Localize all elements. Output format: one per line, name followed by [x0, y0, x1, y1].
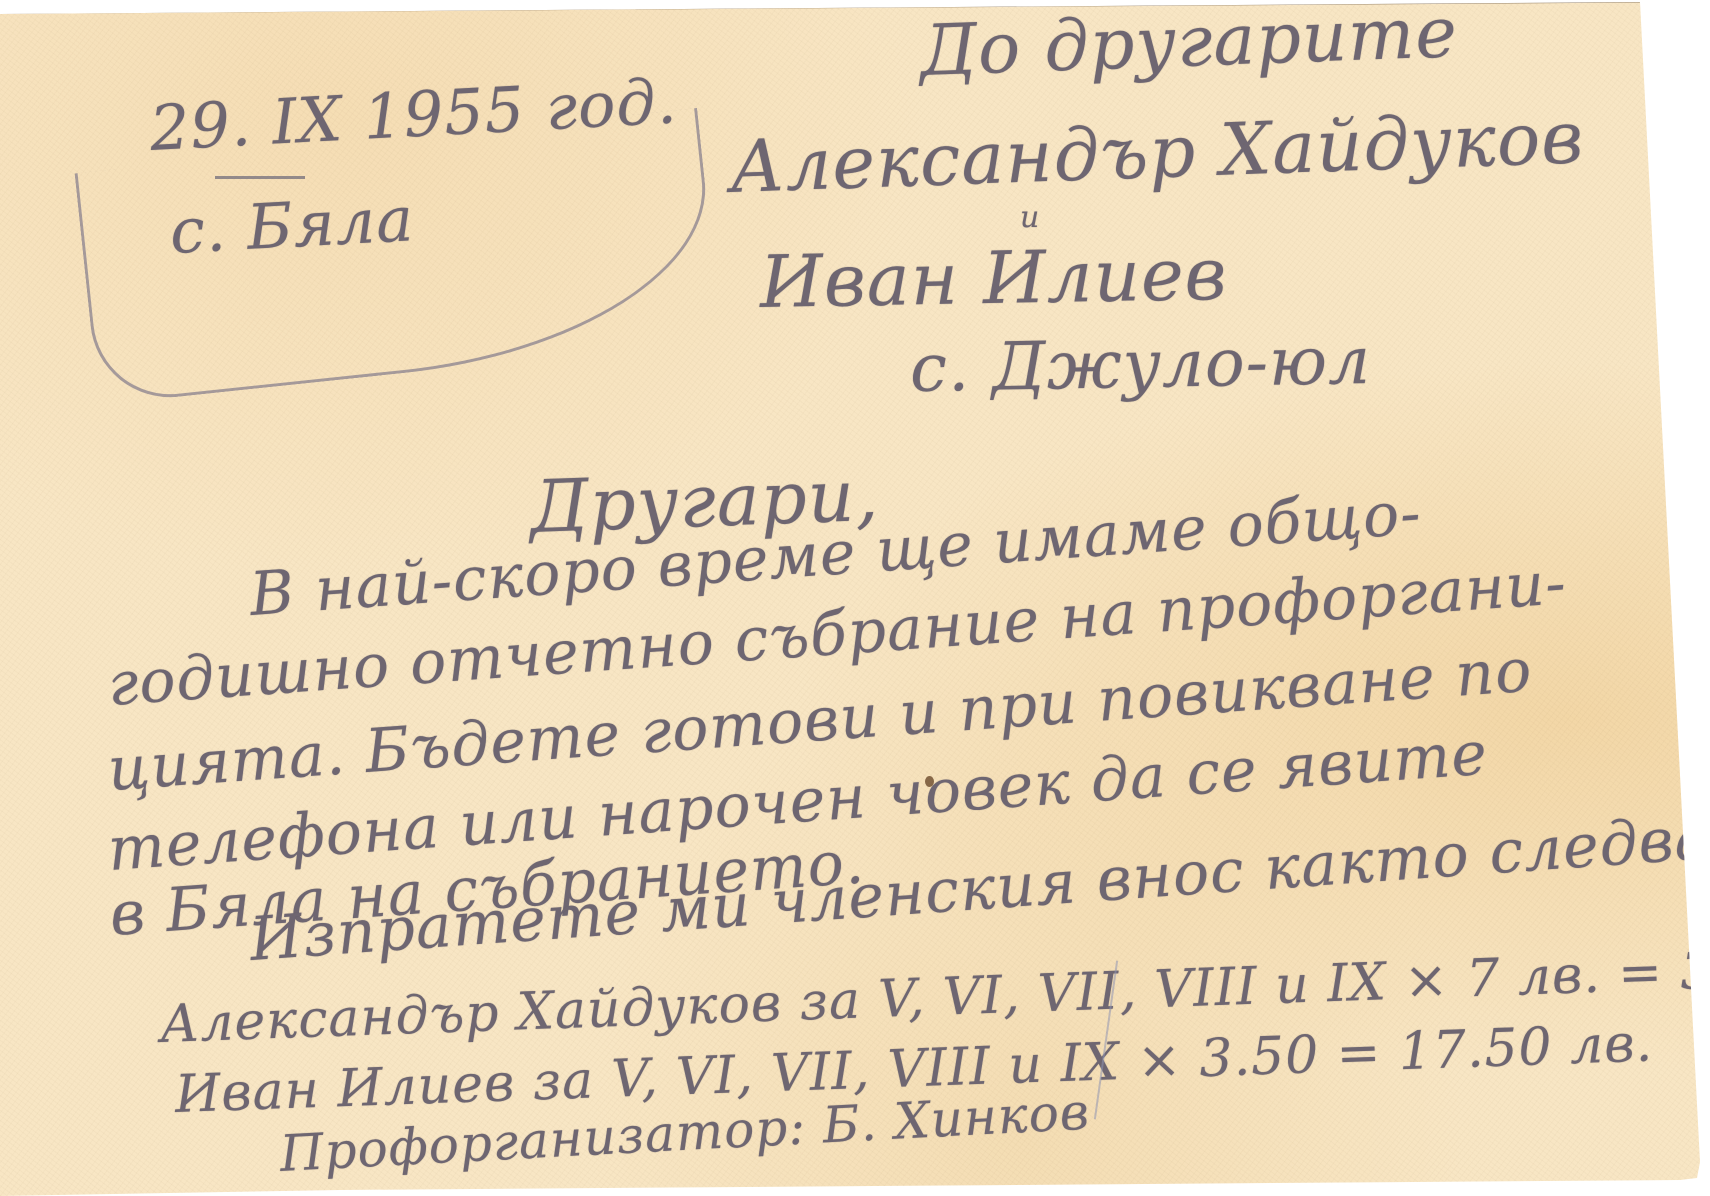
body-line: в Бяла на събранието.	[108, 827, 867, 950]
address-to-line: До другарите	[919, 0, 1459, 92]
body-line: годишно отчетно събрание на профоргани-	[106, 548, 1569, 720]
dues-line: Александър Хайдуков за V, VI, VII, VIII …	[159, 936, 1710, 1055]
scanned-postcard: 29. IX 1955 год. с. Бяла До другарите Ал…	[0, 0, 1710, 1196]
dues-line: Иван Илиев за V, VI, VII, VIII и IX × 3.…	[174, 1013, 1654, 1125]
body-line: Изпратете ми членския внос както следва:	[248, 801, 1710, 974]
body-line: телефона или нарочен човек да се явите	[106, 719, 1490, 885]
date-underline	[215, 176, 305, 179]
body-line: цията. Бъдете готови и при повикване по	[106, 636, 1535, 805]
signature: Профорганизатор: Б. Хинков	[278, 1083, 1091, 1183]
address-conjunction: и	[1020, 200, 1040, 235]
header-bracket-stroke	[75, 108, 722, 405]
letter-place: с. Бяла	[168, 182, 416, 268]
recipient-1: Александър Хайдуков	[729, 95, 1586, 209]
recipient-2: Иван Илиев	[759, 232, 1228, 324]
paper-sheet: 29. IX 1955 год. с. Бяла До другарите Ал…	[0, 0, 1710, 1196]
body-line: В най-скоро време ще имаме общо-	[248, 478, 1424, 630]
ink-spot	[925, 776, 934, 787]
blue-pencil-mark	[1094, 961, 1118, 1120]
letter-date: 29. IX 1955 год.	[148, 64, 679, 165]
paper-top-edge	[0, 1, 1640, 14]
greeting: Другари,	[529, 453, 881, 549]
recipient-village: с. Джуло-юл	[909, 322, 1371, 407]
